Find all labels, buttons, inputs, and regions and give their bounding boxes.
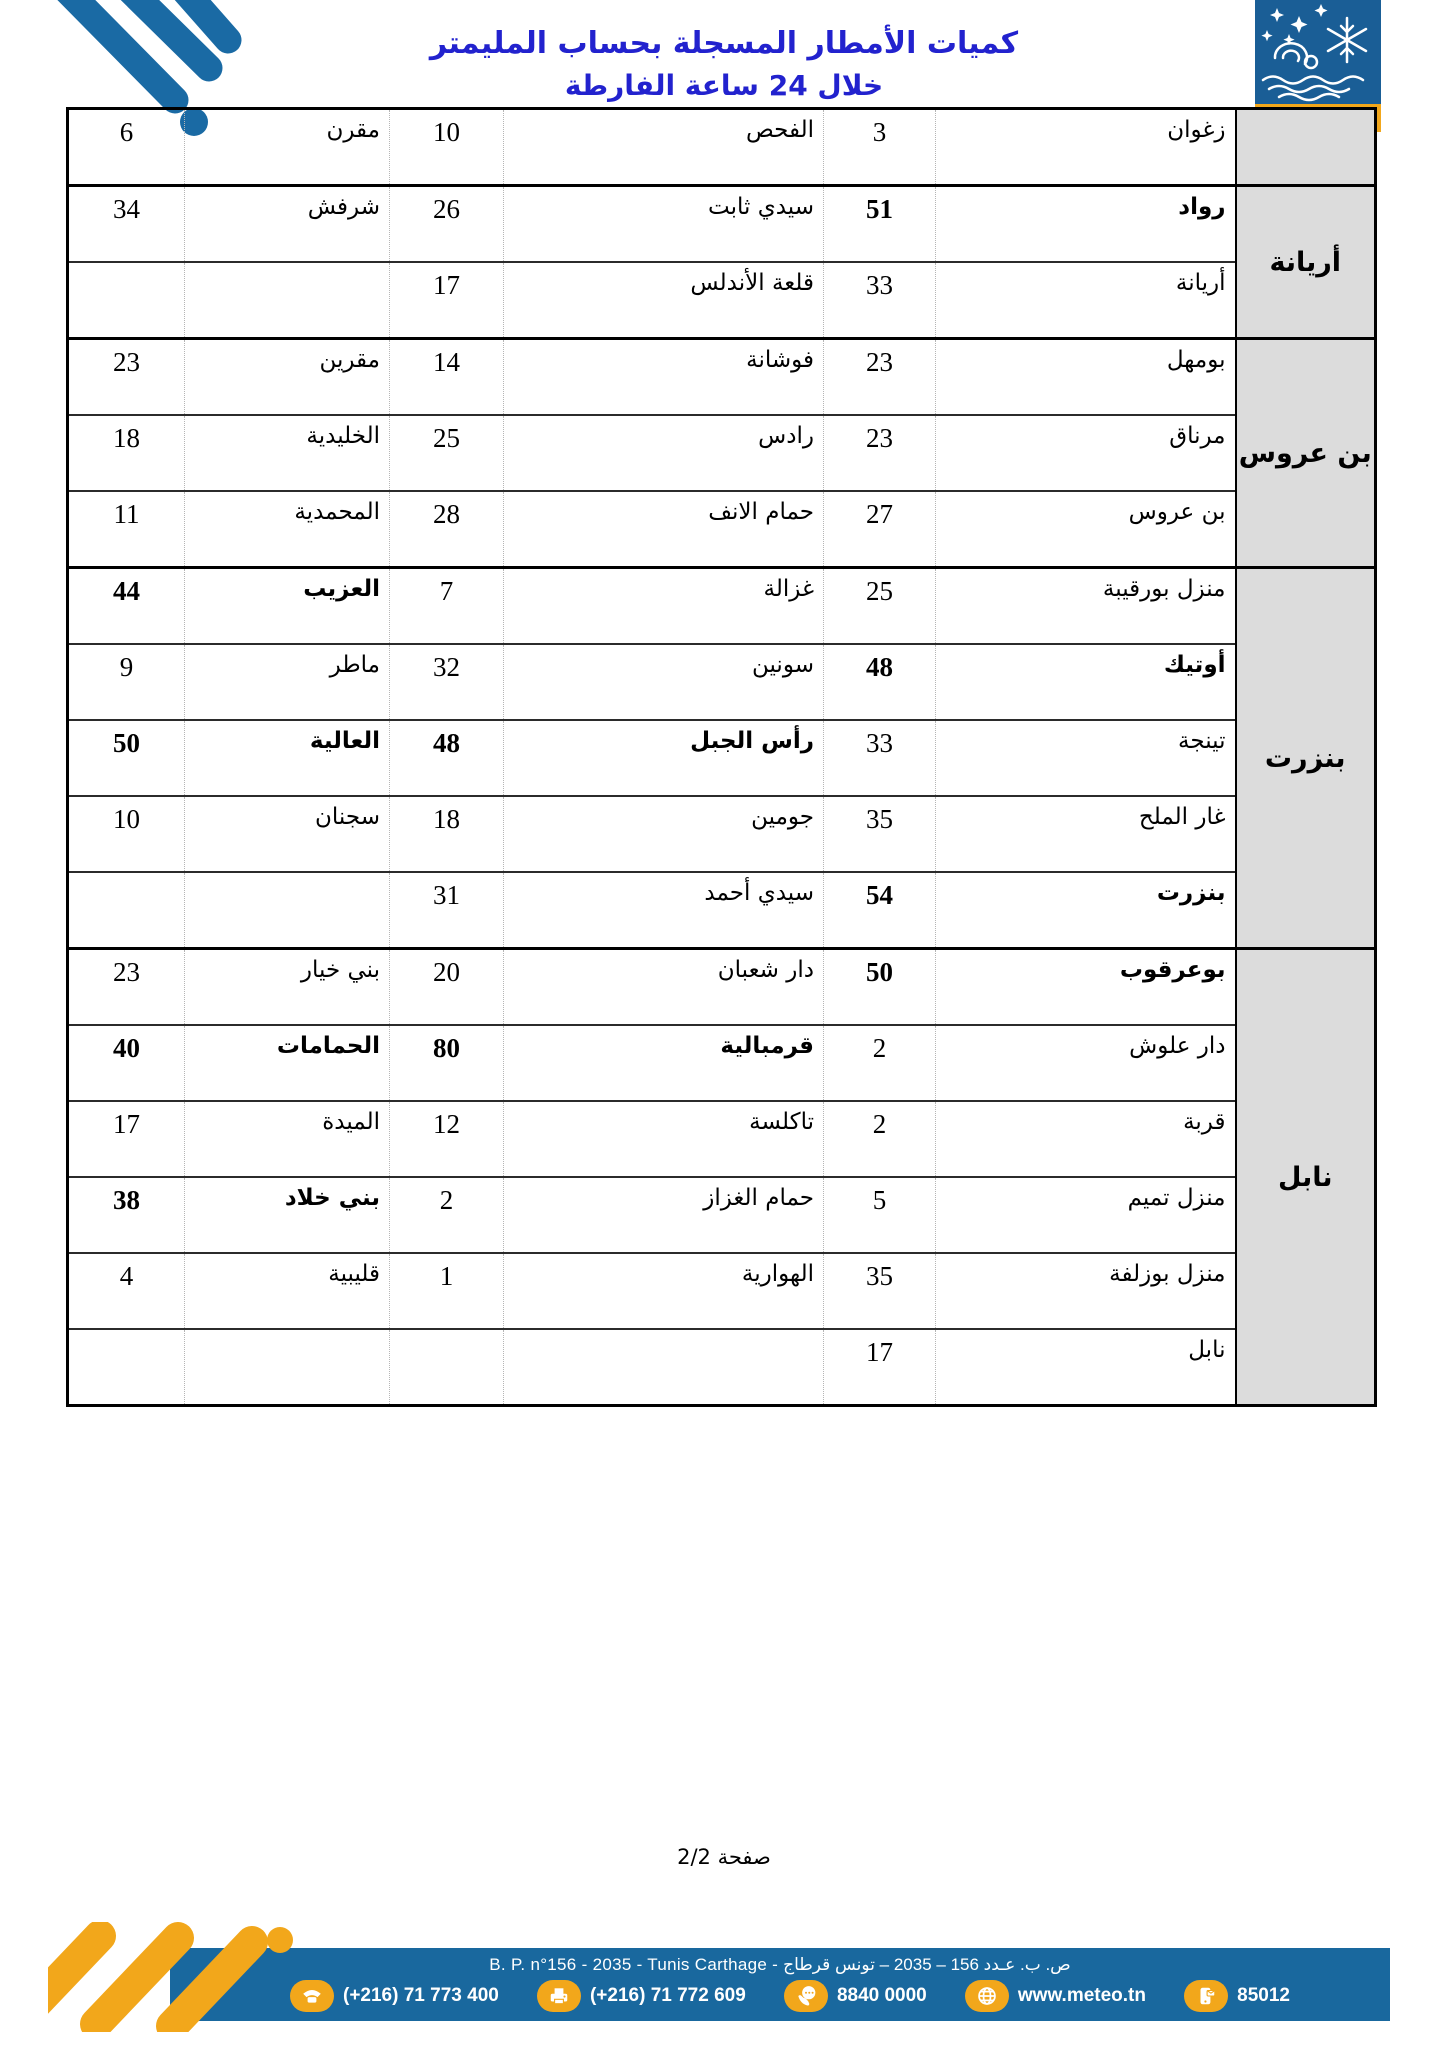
rainfall-value-cell: 14 xyxy=(390,339,504,416)
sms-icon xyxy=(1184,1980,1228,2012)
station-name-cell: الفحص xyxy=(504,109,824,186)
rainfall-value-cell: 23 xyxy=(824,415,936,491)
table-row: غار الملح35جومين18سجنان10 xyxy=(68,796,1376,872)
table-row: بنزرتمنزل بورقيبة25غزالة7العزيب44 xyxy=(68,568,1376,645)
governorate-cell: أريانة xyxy=(1236,186,1376,339)
rainfall-value-cell: 4 xyxy=(68,1253,185,1329)
rainfall-value-cell: 31 xyxy=(390,872,504,949)
station-name-cell: نابل xyxy=(936,1329,1236,1406)
rainfall-table-wrapper: زغوان3الفحص10مقرن6أريانةرواد51سيدي ثابت2… xyxy=(66,107,1377,1407)
table-row: تينجة33رأس الجبل48العالية50 xyxy=(68,720,1376,796)
station-name-cell: دار علوش xyxy=(936,1025,1236,1101)
table-row: أريانةرواد51سيدي ثابت26شرفش34 xyxy=(68,186,1376,263)
contact-label: (+216) 71 773 400 xyxy=(343,1985,499,2007)
title-line-2: خلال 24 ساعة الفارطة xyxy=(0,66,1448,107)
table-row: نابلبوعرقوب50دار شعبان20بني خيار23 xyxy=(68,949,1376,1026)
contact-label: 8840 0000 xyxy=(837,1985,927,2007)
station-name-cell: حمام الانف xyxy=(504,491,824,568)
table-row: زغوان3الفحص10مقرن6 xyxy=(68,109,1376,186)
rainfall-value-cell xyxy=(68,1329,185,1406)
table-row: مرناق23رادس25الخليدية18 xyxy=(68,415,1376,491)
station-name-cell: تينجة xyxy=(936,720,1236,796)
footer: B. P. n°156 - 2035 - Tunis Carthage - ص.… xyxy=(170,1948,1390,2021)
station-name-cell: دار شعبان xyxy=(504,949,824,1026)
rainfall-value-cell: 18 xyxy=(390,796,504,872)
rainfall-value-cell: 32 xyxy=(390,644,504,720)
page-title: كميات الأمطار المسجلة بحساب المليمتر خلا… xyxy=(0,22,1448,106)
rainfall-value-cell: 50 xyxy=(68,720,185,796)
station-name-cell: المحمدية xyxy=(185,491,390,568)
rainfall-value-cell: 34 xyxy=(68,186,185,263)
station-name-cell: الخليدية xyxy=(185,415,390,491)
station-name-cell: بومهل xyxy=(936,339,1236,416)
station-name-cell xyxy=(504,1329,824,1406)
rainfall-value-cell: 25 xyxy=(390,415,504,491)
rainfall-table: زغوان3الفحص10مقرن6أريانةرواد51سيدي ثابت2… xyxy=(66,107,1377,1407)
station-name-cell: أوتيك xyxy=(936,644,1236,720)
station-name-cell: بني خلاد xyxy=(185,1177,390,1253)
governorate-cell: بنزرت xyxy=(1236,568,1376,949)
globe-icon xyxy=(965,1980,1009,2012)
station-name-cell: رادس xyxy=(504,415,824,491)
governorate-cell: بن عروس xyxy=(1236,339,1376,568)
station-name-cell: جومين xyxy=(504,796,824,872)
rainfall-value-cell xyxy=(390,1329,504,1406)
station-name-cell: سيدي أحمد xyxy=(504,872,824,949)
table-row: دار علوش2قرمبالية80الحمامات40 xyxy=(68,1025,1376,1101)
station-name-cell: أريانة xyxy=(936,262,1236,339)
station-name-cell: مقرين xyxy=(185,339,390,416)
rainfall-value-cell: 80 xyxy=(390,1025,504,1101)
rainfall-value-cell: 40 xyxy=(68,1025,185,1101)
station-name-cell: قربة xyxy=(936,1101,1236,1177)
station-name-cell: منزل بوزلفة xyxy=(936,1253,1236,1329)
rainfall-value-cell: 7 xyxy=(390,568,504,645)
contact-label: 85012 xyxy=(1237,1985,1290,2007)
station-name-cell: العالية xyxy=(185,720,390,796)
governorate-cell: نابل xyxy=(1236,949,1376,1406)
rainfall-value-cell: 17 xyxy=(390,262,504,339)
contact-item: www.meteo.tn xyxy=(965,1980,1146,2012)
rainfall-value-cell: 17 xyxy=(824,1329,936,1406)
title-line-1: كميات الأمطار المسجلة بحساب المليمتر xyxy=(0,22,1448,66)
station-name-cell xyxy=(185,262,390,339)
contact-item: 8840 0000 xyxy=(784,1980,927,2012)
footer-address: B. P. n°156 - 2035 - Tunis Carthage - ص.… xyxy=(170,1948,1390,1975)
rainfall-value-cell: 11 xyxy=(68,491,185,568)
station-name-cell: منزل تميم xyxy=(936,1177,1236,1253)
table-row: بن عروسبومهل23فوشانة14مقرين23 xyxy=(68,339,1376,416)
station-name-cell: سيدي ثابت xyxy=(504,186,824,263)
contact-label: (+216) 71 772 609 xyxy=(590,1985,746,2007)
station-name-cell: الميدة xyxy=(185,1101,390,1177)
rainfall-value-cell: 1 xyxy=(390,1253,504,1329)
page-number: صفحة 2/2 xyxy=(0,1845,1448,1869)
station-name-cell: غار الملح xyxy=(936,796,1236,872)
station-name-cell: قرمبالية xyxy=(504,1025,824,1101)
rainfall-value-cell: 18 xyxy=(68,415,185,491)
rainfall-value-cell: 35 xyxy=(824,796,936,872)
rainfall-value-cell: 23 xyxy=(68,949,185,1026)
rainfall-value-cell: 38 xyxy=(68,1177,185,1253)
rainfall-value-cell: 33 xyxy=(824,720,936,796)
rainfall-value-cell: 50 xyxy=(824,949,936,1026)
rainfall-value-cell: 26 xyxy=(390,186,504,263)
report-page: كميات الأمطار المسجلة بحساب المليمتر خلا… xyxy=(0,0,1448,2048)
station-name-cell: الحمامات xyxy=(185,1025,390,1101)
footer-contacts: (+216) 71 773 400(+216) 71 772 6098840 0… xyxy=(170,1975,1390,2012)
rainfall-value-cell: 3 xyxy=(824,109,936,186)
station-name-cell: تاكلسة xyxy=(504,1101,824,1177)
callcenter-icon xyxy=(784,1980,828,2012)
fax-icon xyxy=(537,1980,581,2012)
rainfall-value-cell: 12 xyxy=(390,1101,504,1177)
contact-label: www.meteo.tn xyxy=(1018,1985,1146,2007)
governorate-cell xyxy=(1236,109,1376,186)
station-name-cell: شرفش xyxy=(185,186,390,263)
rainfall-value-cell: 10 xyxy=(68,796,185,872)
rainfall-value-cell: 33 xyxy=(824,262,936,339)
rainfall-value-cell: 54 xyxy=(824,872,936,949)
rainfall-value-cell: 28 xyxy=(390,491,504,568)
rainfall-value-cell: 10 xyxy=(390,109,504,186)
station-name-cell: مرناق xyxy=(936,415,1236,491)
rainfall-value-cell: 9 xyxy=(68,644,185,720)
rainfall-value-cell xyxy=(68,872,185,949)
rainfall-value-cell: 48 xyxy=(824,644,936,720)
station-name-cell: غزالة xyxy=(504,568,824,645)
station-name-cell xyxy=(185,872,390,949)
rainfall-value-cell: 48 xyxy=(390,720,504,796)
rainfall-value-cell: 2 xyxy=(390,1177,504,1253)
table-row: منزل بوزلفة35الهوارية1قليبية4 xyxy=(68,1253,1376,1329)
contact-item: 85012 xyxy=(1184,1980,1290,2012)
rainfall-value-cell: 5 xyxy=(824,1177,936,1253)
table-row: بنزرت54سيدي أحمد31 xyxy=(68,872,1376,949)
station-name-cell: حمام الغزاز xyxy=(504,1177,824,1253)
station-name-cell: زغوان xyxy=(936,109,1236,186)
table-row: أريانة33قلعة الأندلس17 xyxy=(68,262,1376,339)
station-name-cell: منزل بورقيبة xyxy=(936,568,1236,645)
rainfall-value-cell: 27 xyxy=(824,491,936,568)
rainfall-value-cell: 2 xyxy=(824,1101,936,1177)
rainfall-value-cell: 23 xyxy=(824,339,936,416)
rainfall-value-cell xyxy=(68,262,185,339)
rainfall-value-cell: 17 xyxy=(68,1101,185,1177)
station-name-cell: الهوارية xyxy=(504,1253,824,1329)
station-name-cell: بني خيار xyxy=(185,949,390,1026)
rainfall-value-cell: 20 xyxy=(390,949,504,1026)
table-row: أوتيك48سونين32ماطر9 xyxy=(68,644,1376,720)
table-row: نابل17 xyxy=(68,1329,1376,1406)
station-name-cell: سجنان xyxy=(185,796,390,872)
station-name-cell: قلعة الأندلس xyxy=(504,262,824,339)
rainfall-value-cell: 44 xyxy=(68,568,185,645)
station-name-cell: مقرن xyxy=(185,109,390,186)
contact-item: (+216) 71 772 609 xyxy=(537,1980,746,2012)
rainfall-value-cell: 23 xyxy=(68,339,185,416)
station-name-cell: ماطر xyxy=(185,644,390,720)
station-name-cell: بوعرقوب xyxy=(936,949,1236,1026)
station-name-cell: سونين xyxy=(504,644,824,720)
rainfall-value-cell: 35 xyxy=(824,1253,936,1329)
table-row: بن عروس27حمام الانف28المحمدية11 xyxy=(68,491,1376,568)
station-name-cell: قليبية xyxy=(185,1253,390,1329)
station-name-cell xyxy=(185,1329,390,1406)
station-name-cell: بنزرت xyxy=(936,872,1236,949)
rainfall-value-cell: 6 xyxy=(68,109,185,186)
table-row: منزل تميم5حمام الغزاز2بني خلاد38 xyxy=(68,1177,1376,1253)
station-name-cell: رواد xyxy=(936,186,1236,263)
station-name-cell: فوشانة xyxy=(504,339,824,416)
station-name-cell: بن عروس xyxy=(936,491,1236,568)
footer-stripes-icon xyxy=(48,1922,348,2032)
table-row: قربة2تاكلسة12الميدة17 xyxy=(68,1101,1376,1177)
rainfall-value-cell: 25 xyxy=(824,568,936,645)
station-name-cell: العزيب xyxy=(185,568,390,645)
rainfall-value-cell: 2 xyxy=(824,1025,936,1101)
station-name-cell: رأس الجبل xyxy=(504,720,824,796)
rainfall-value-cell: 51 xyxy=(824,186,936,263)
inm-emblem-icon xyxy=(1255,0,1381,104)
